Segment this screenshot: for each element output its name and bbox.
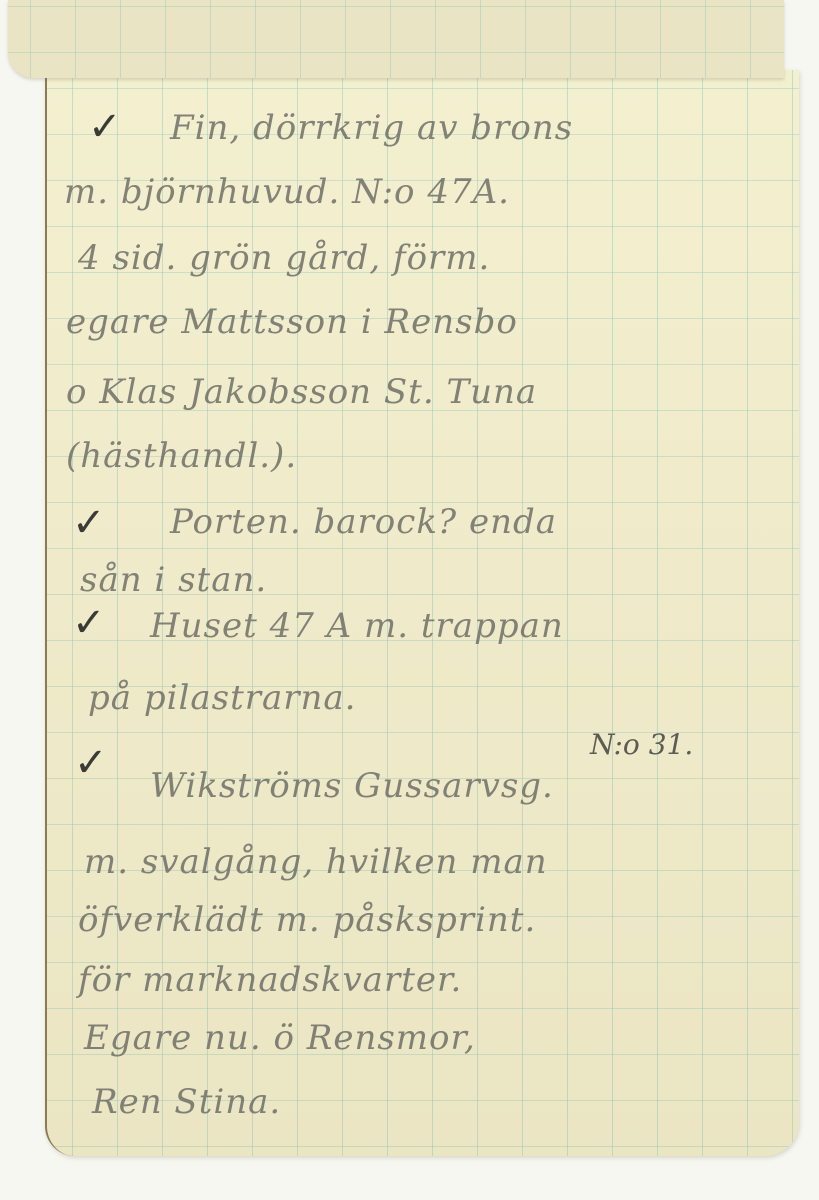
check-mark-icon: ✓ xyxy=(72,600,106,646)
number-annotation: N:o 31. xyxy=(590,728,693,761)
handwritten-line: m. björnhuvud. N:o 47A. xyxy=(64,172,510,212)
check-mark-icon: ✓ xyxy=(72,500,106,546)
handwritten-line: egare Mattsson i Rensbo xyxy=(66,302,518,342)
handwritten-line: Ren Stina. xyxy=(92,1082,281,1122)
handwritten-line: för marknadskvarter. xyxy=(78,960,462,1000)
folded-back-page xyxy=(8,0,784,78)
handwritten-line: öfverklädt m. påsksprint. xyxy=(78,900,536,940)
handwritten-line: Egare nu. ö Rensmor, xyxy=(84,1018,476,1058)
handwritten-line: sån i stan. xyxy=(80,560,267,600)
check-mark-icon: ✓ xyxy=(74,740,108,786)
handwritten-line: o Klas Jakobsson St. Tuna xyxy=(66,372,537,412)
handwritten-line: Fin, dörrkrig av brons xyxy=(170,108,573,148)
handwritten-line: på pilastrarna. xyxy=(88,678,357,718)
handwritten-line: Huset 47 A m. trappan xyxy=(150,606,564,646)
handwritten-line: m. svalgång, hvilken man xyxy=(84,842,548,882)
handwritten-line: Wikströms Gussarvsg. xyxy=(150,766,554,806)
handwritten-line: Porten. barock? enda xyxy=(170,502,557,542)
check-mark-icon: ✓ xyxy=(88,104,122,150)
handwritten-line: 4 sid. grön gård, förm. xyxy=(78,238,490,278)
handwritten-line: (hästhandl.). xyxy=(66,436,297,476)
